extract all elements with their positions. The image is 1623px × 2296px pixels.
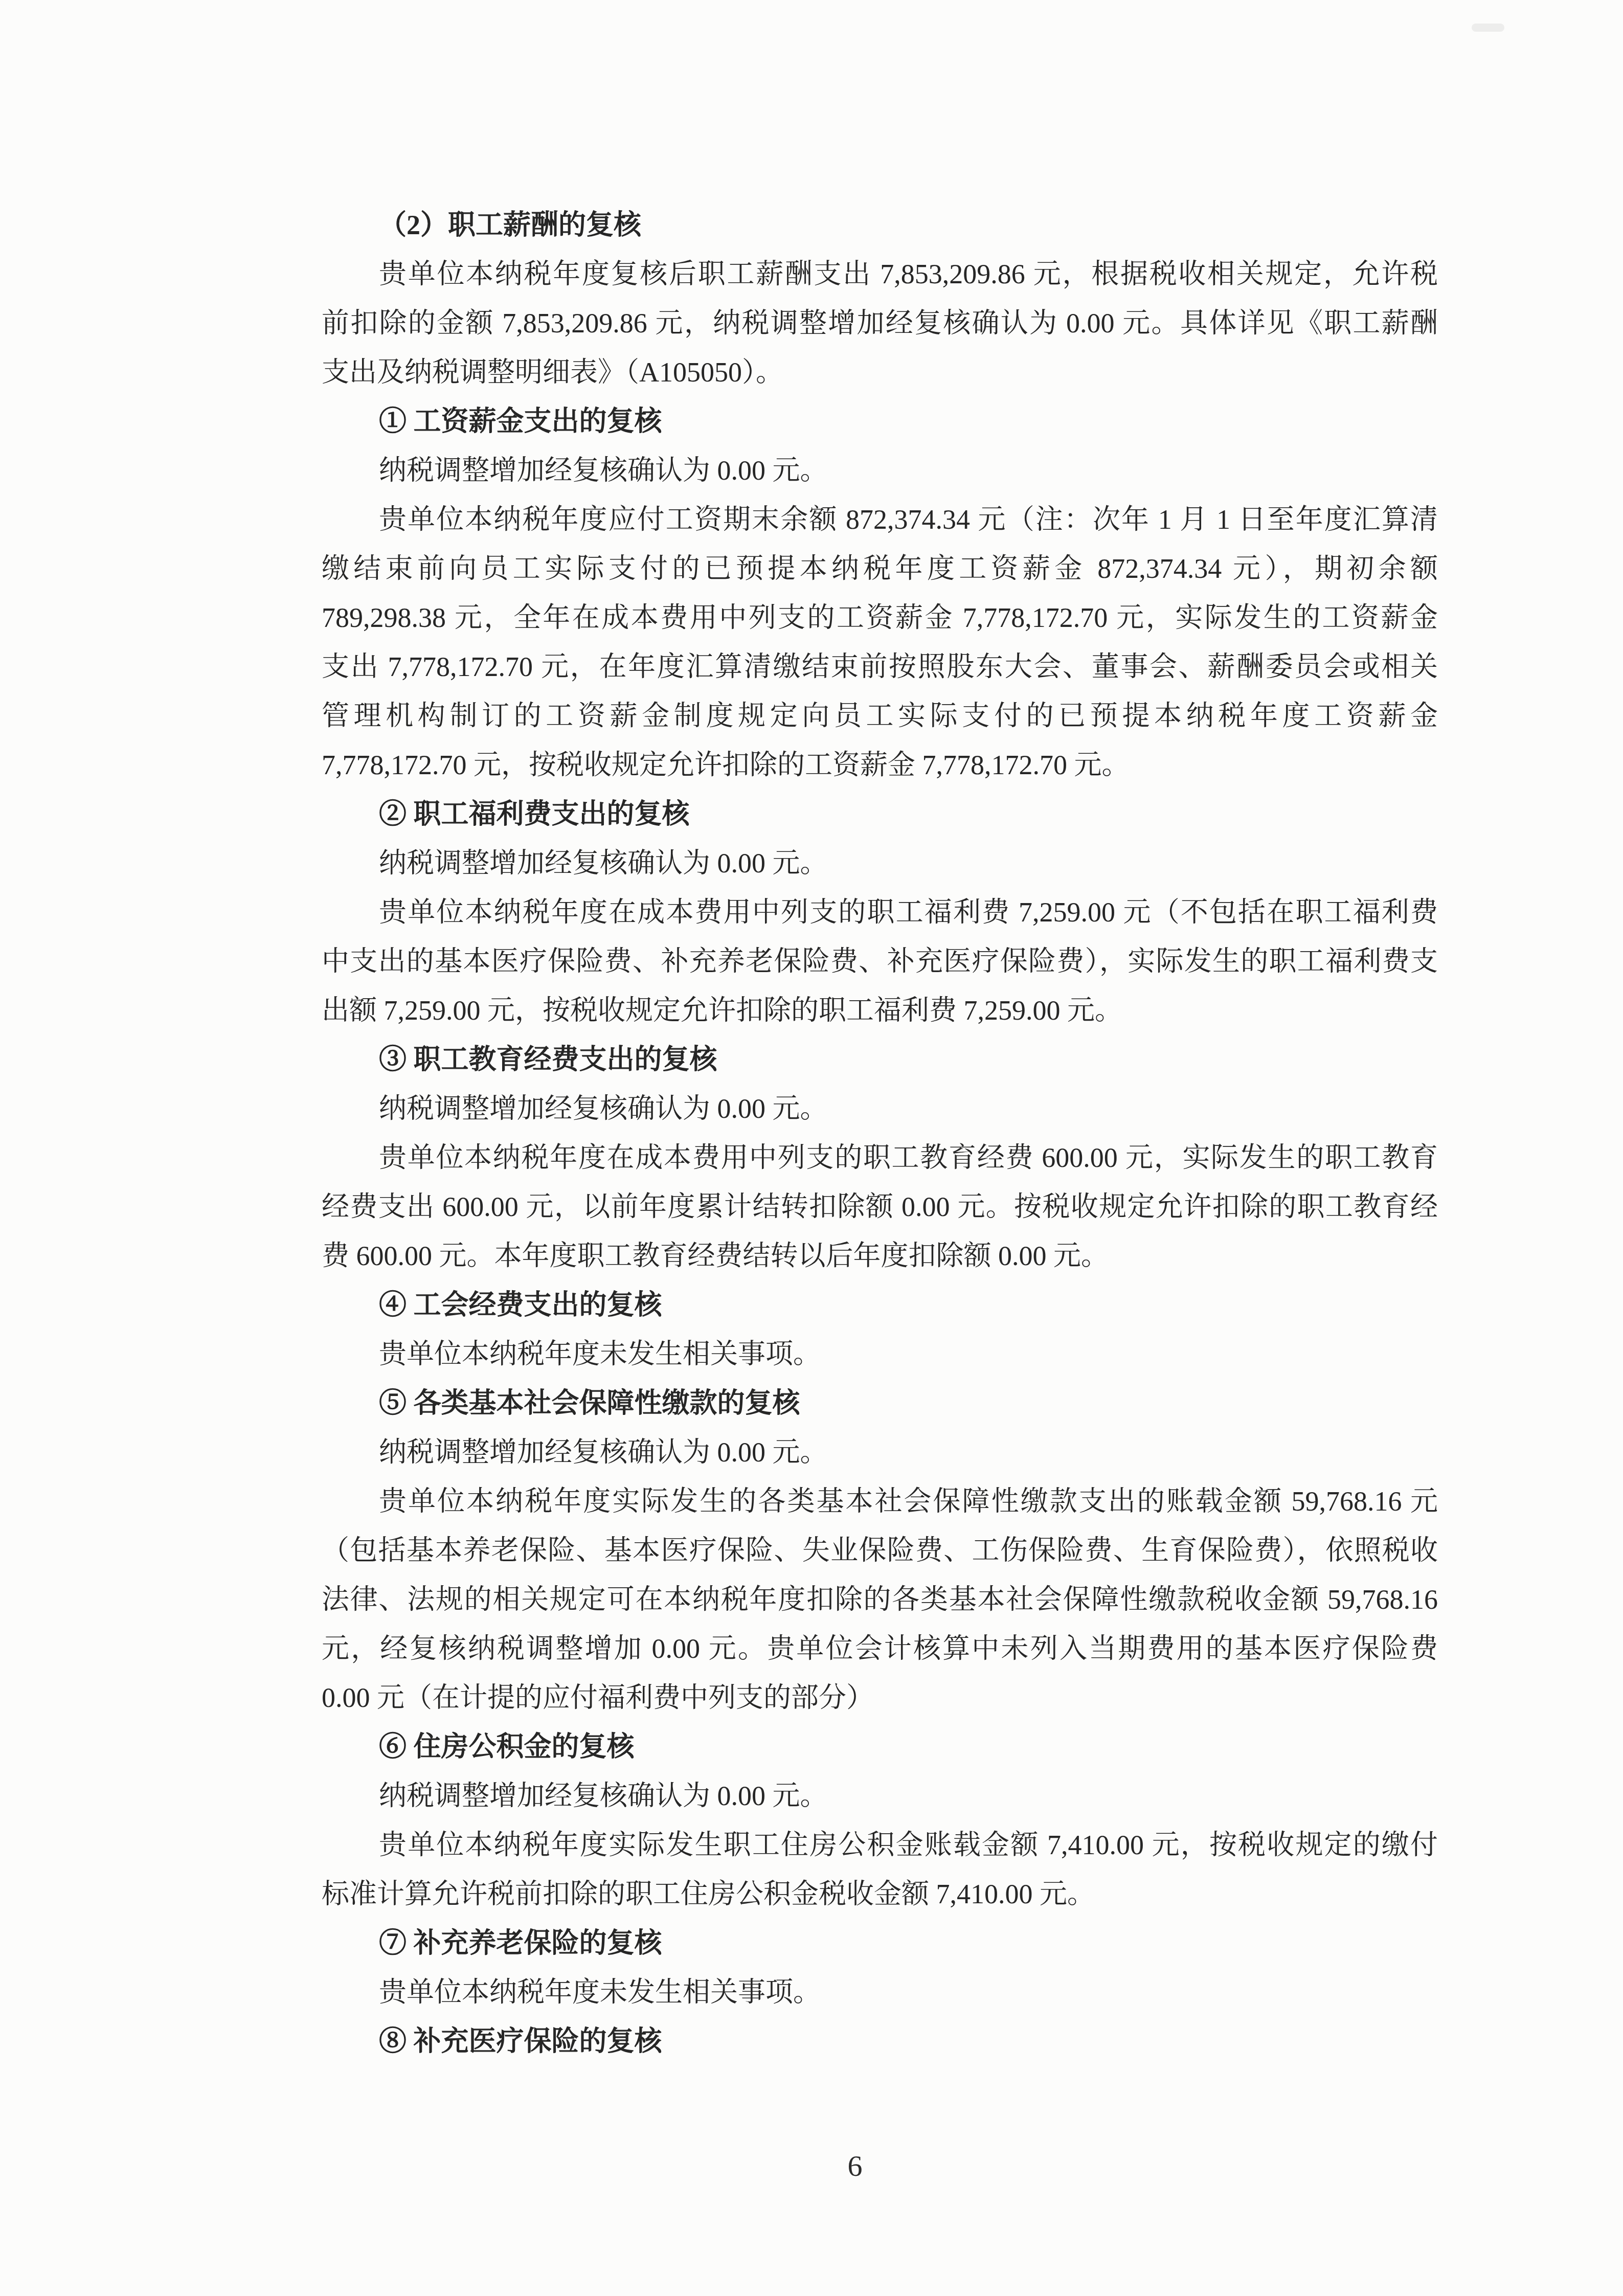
text-line: 缴结束前向员工实际支付的已预提本纳税年度工资薪金 872,374.34 元），期… [322, 544, 1438, 593]
text-line: 纳税调整增加经复核确认为 0.00 元。 [322, 1428, 1438, 1477]
text-line: 贵单位本纳税年度未发生相关事项。 [322, 1968, 1438, 2017]
text-line: 元，经复核纳税调整增加 0.00 元。贵单位会计核算中未列入当期费用的基本医疗保… [322, 1624, 1438, 1673]
text-line: 标准计算允许税前扣除的职工住房公积金税收金额 7,410.00 元。 [322, 1870, 1438, 1919]
text-line: 经费支出 600.00 元，以前年度累计结转扣除额 0.00 元。按税收规定允许… [322, 1182, 1438, 1231]
subsection-heading: ⑧ 补充医疗保险的复核 [322, 2017, 1438, 2066]
text-line: 支出 7,778,172.70 元，在年度汇算清缴结束前按照股东大会、董事会、薪… [322, 642, 1438, 691]
section-heading: （2）职工薪酬的复核 [322, 200, 1438, 250]
subsection-heading: ⑥ 住房公积金的复核 [322, 1722, 1438, 1771]
subsection-heading: ① 工资薪金支出的复核 [322, 397, 1438, 446]
text-line: 纳税调整增加经复核确认为 0.00 元。 [322, 1084, 1438, 1133]
text-line: （包括基本养老保险、基本医疗保险、失业保险费、工伤保险费、生育保险费），依照税收 [322, 1526, 1438, 1575]
page-number: 6 [0, 2146, 1623, 2187]
text-line: 法律、法规的相关规定可在本纳税年度扣除的各类基本社会保障性缴款税收金额 59,7… [322, 1575, 1438, 1624]
text-line: 贵单位本纳税年度实际发生职工住房公积金账载金额 7,410.00 元，按税收规定… [322, 1820, 1438, 1870]
document-text: （2）职工薪酬的复核 贵单位本纳税年度复核后职工薪酬支出 7,853,209.8… [322, 200, 1438, 2066]
document-page: （2）职工薪酬的复核 贵单位本纳税年度复核后职工薪酬支出 7,853,209.8… [0, 0, 1623, 2296]
text-line: 纳税调整增加经复核确认为 0.00 元。 [322, 446, 1438, 495]
text-line: 贵单位本纳税年度复核后职工薪酬支出 7,853,209.86 元，根据税收相关规… [322, 250, 1438, 299]
subsection-heading: ⑤ 各类基本社会保障性缴款的复核 [322, 1379, 1438, 1428]
text-line: 贵单位本纳税年度应付工资期末余额 872,374.34 元（注：次年 1 月 1… [322, 495, 1438, 544]
scan-artifact [1472, 24, 1504, 32]
text-line: 纳税调整增加经复核确认为 0.00 元。 [322, 1771, 1438, 1820]
text-line: 789,298.38 元，全年在成本费用中列支的工资薪金 7,778,172.7… [322, 593, 1438, 642]
subsection-heading: ② 职工福利费支出的复核 [322, 790, 1438, 839]
subsection-heading: ⑦ 补充养老保险的复核 [322, 1919, 1438, 1968]
text-line: 中支出的基本医疗保险费、补充养老保险费、补充医疗保险费），实际发生的职工福利费支 [322, 937, 1438, 986]
text-line: 出额 7,259.00 元，按税收规定允许扣除的职工福利费 7,259.00 元… [322, 986, 1438, 1035]
text-line: 前扣除的金额 7,853,209.86 元，纳税调整增加经复核确认为 0.00 … [322, 299, 1438, 348]
text-line: 贵单位本纳税年度未发生相关事项。 [322, 1330, 1438, 1379]
subsection-heading: ④ 工会经费支出的复核 [322, 1280, 1438, 1330]
text-line: 支出及纳税调整明细表》（A105050）。 [322, 348, 1438, 397]
text-line: 费 600.00 元。本年度职工教育经费结转以后年度扣除额 0.00 元。 [322, 1231, 1438, 1280]
subsection-heading: ③ 职工教育经费支出的复核 [322, 1035, 1438, 1084]
text-line: 7,778,172.70 元，按税收规定允许扣除的工资薪金 7,778,172.… [322, 740, 1438, 790]
text-line: 纳税调整增加经复核确认为 0.00 元。 [322, 839, 1438, 888]
text-line: 贵单位本纳税年度在成本费用中列支的职工教育经费 600.00 元，实际发生的职工… [322, 1133, 1438, 1182]
text-line: 管理机构制订的工资薪金制度规定向员工实际支付的已预提本纳税年度工资薪金 [322, 691, 1438, 740]
text-line: 0.00 元（在计提的应付福利费中列支的部分） [322, 1673, 1438, 1722]
text-line: 贵单位本纳税年度实际发生的各类基本社会保障性缴款支出的账载金额 59,768.1… [322, 1477, 1438, 1526]
text-line: 贵单位本纳税年度在成本费用中列支的职工福利费 7,259.00 元（不包括在职工… [322, 888, 1438, 937]
